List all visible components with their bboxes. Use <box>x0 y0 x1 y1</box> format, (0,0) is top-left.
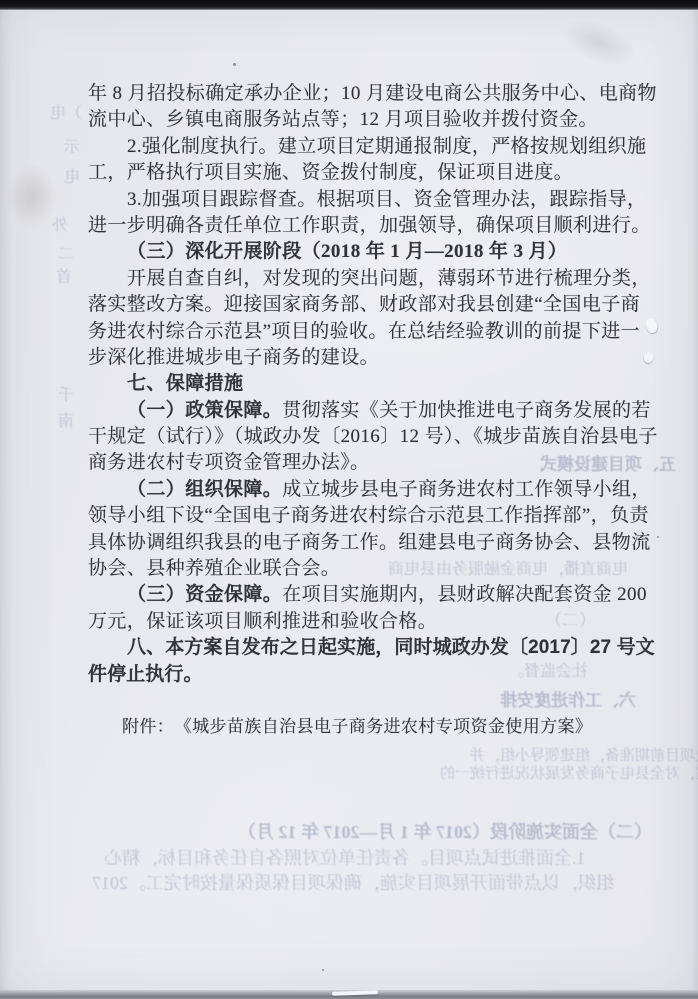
doc-line: 干规定（试行）》（城政办发〔2016〕12 号）、《城步苗族自治县电子 <box>88 424 664 450</box>
doc-line: 具体协调组织我县的电子商务工作。组建县电子商务协会、县物流 <box>88 530 664 556</box>
doc-line: 落实整改方案。迎接国家商务部、财政部对我县创建“全国电子商 <box>88 292 664 318</box>
document-text: 年 8 月招投标确定承办企业；10 月建设电商公共服务中心、电商物流中心、乡镇电… <box>88 81 664 741</box>
doc-line: 万元，保证该项目顺利推进和验收合格。 <box>88 609 664 635</box>
section-heading: 七、保障措施 <box>88 371 664 397</box>
doc-line: （一）政策保障。贯彻落实《关于加快推进电子商务发展的若 <box>88 398 664 424</box>
line-text: 成立城步县电子商务进农村工作领导小组， <box>282 479 651 500</box>
bleed-through-text: 示 <box>64 134 80 157</box>
bleed-through-text: 外 <box>52 212 68 235</box>
doc-line: 年 8 月招投标确定承办企业；10 月建设电商公共服务中心、电商物 <box>88 81 664 107</box>
bold-lead: 附件： <box>122 717 174 736</box>
doc-line: 件停止执行。 <box>88 662 664 688</box>
doc-line: （二）组织保障。成立城步县电子商务进农村工作领导小组， <box>88 477 664 503</box>
doc-line: 2.强化制度执行。建立项目定期通报制度，严格按规划组织施 <box>88 134 664 160</box>
bleed-through-text: 组织，以点带面开展项目实施，确保项目保质保量按时完工。2017 <box>92 869 614 895</box>
doc-line: 商务进农村专项资金管理办法》。 <box>88 450 664 476</box>
doc-line: 八、本方案自发布之日起实施，同时城政办发〔2017〕27 号文 <box>88 635 664 661</box>
bleed-through-text: （二）全面实施阶段（2017 年 1 月—2017 年 12 月） <box>238 818 652 844</box>
section-heading: （三）深化开展阶段（2018 年 1 月—2018 年 3 月） <box>88 239 664 265</box>
doc-line: 附件：《城步苗族自治县电子商务进农村专项资金使用方案》 <box>88 714 664 740</box>
paper-speck <box>233 63 236 66</box>
bleed-through-text: 首 <box>56 264 72 287</box>
doc-line: 务进农村综合示范县”项目的验收。在总结经验教训的前提下进一 <box>88 319 664 345</box>
doc-line: 进一步明确各责任单位工作职责，加强领导，确保项目顺利进行。 <box>88 213 664 239</box>
line-text: 贯彻落实《关于加快推进电子商务发展的若 <box>282 400 651 421</box>
bleed-through-text: 二 <box>58 241 74 264</box>
line-text: 《城步苗族自治县电子商务进农村专项资金使用方案》 <box>183 717 592 736</box>
paper-speck <box>322 969 324 971</box>
doc-line: 步深化推进城步电子商务的建设。 <box>88 345 664 371</box>
bleed-through-text: 千 <box>58 382 74 405</box>
bold-lead: （三）资金保障。 <box>127 584 282 605</box>
doc-line: 领导小组下设“全国电子商务进农村综合示范县工作指挥部”，负责 <box>88 503 664 529</box>
doc-line: 流中心、乡镇电商服务站点等；12 月项目验收并拨付资金。 <box>88 107 664 133</box>
doc-line: （三）资金保障。在项目实施期内，县财政解决配套资金 200 <box>88 582 664 608</box>
line-text: 在项目实施期内，县财政解决配套资金 200 <box>282 584 647 605</box>
scan-edge-bottom <box>0 990 698 999</box>
scan-edge-top <box>0 0 698 10</box>
doc-line: 开展自查自纠，对发现的突出问题，薄弱环节进行梳理分类， <box>88 266 664 292</box>
doc-line <box>88 688 664 714</box>
bleed-through-text: ）电 <box>50 100 82 123</box>
doc-line: 工，严格执行项目实施、资金拨付制度，保证项目进度。 <box>88 160 664 186</box>
scan-edge-highlight <box>332 990 378 996</box>
bleed-through-text: 电 <box>64 164 80 187</box>
doc-line: 协会、县种养殖企业联合会。 <box>88 556 664 582</box>
bleed-through-text: 1.全面推进试点项目。各责任单位对照各自任务和目标，精心 <box>104 844 586 870</box>
bleed-through-text: 南 <box>58 408 74 431</box>
bleed-through-text: 成立领导小组办公室，对全县电子商务发展状况进行统一的 <box>440 762 698 783</box>
bold-lead: （二）组织保障。 <box>127 479 282 500</box>
scanned-page: ）电示电外二首千南五、项目建设模式电商直播，电商金融服务由县电商（二）社会监督。… <box>0 0 698 999</box>
doc-line: 3.加强项目跟踪督查。根据项目、资金管理办法，跟踪指导， <box>88 187 664 213</box>
bold-lead: （一）政策保障。 <box>127 400 282 421</box>
paper-stain <box>6 164 58 230</box>
